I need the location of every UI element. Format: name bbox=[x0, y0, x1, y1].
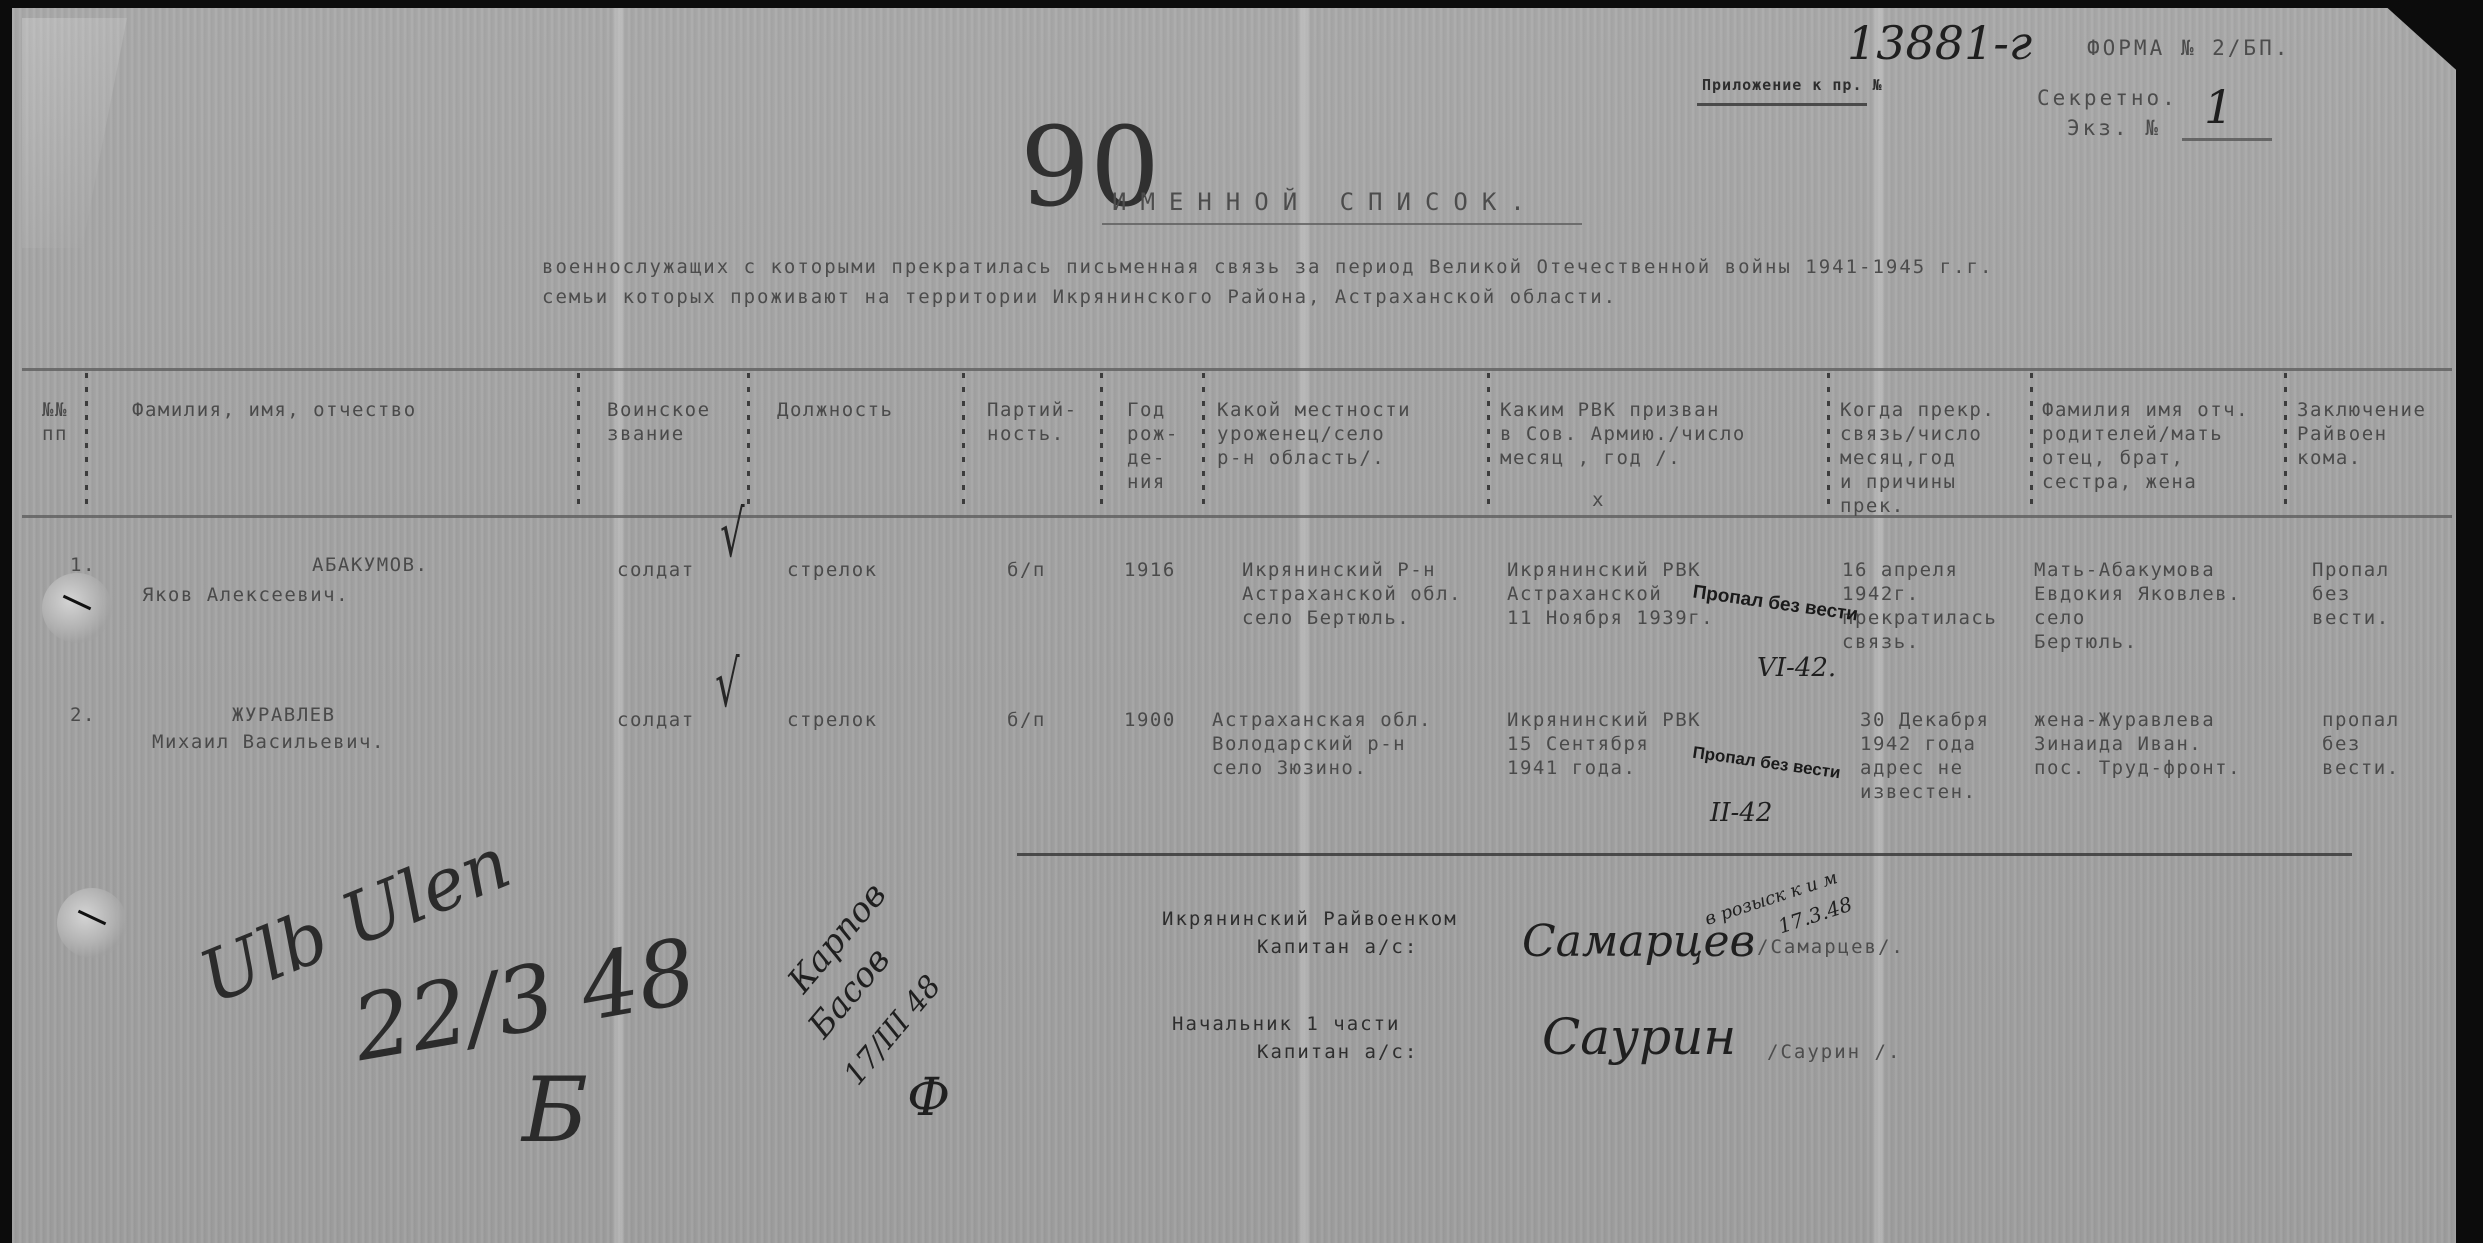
row-number: 1. bbox=[70, 553, 96, 577]
column-divider bbox=[1100, 373, 1103, 513]
column-header-birthplace: Какой местности уроженец/село р-н област… bbox=[1217, 398, 1411, 470]
subtitle-line-1: военнослужащих с которыми прекратилась п… bbox=[542, 256, 1993, 278]
handwritten-date-note: II-42 bbox=[1710, 798, 1772, 828]
row-party: б/п bbox=[1007, 558, 1046, 582]
row-contact-lost: 16 апреля 1942г. прекратилась связь. bbox=[1842, 558, 1997, 654]
column-divider bbox=[2030, 373, 2033, 513]
column-header-rank: Воинское звание bbox=[607, 398, 711, 446]
row-given-names: Яков Алексеевич. bbox=[142, 583, 349, 607]
dept-head-title: Начальник 1 части bbox=[1172, 1013, 1400, 1035]
column-divider bbox=[1487, 373, 1490, 513]
column-divider bbox=[962, 373, 965, 513]
column-header-party: Партий- ность. bbox=[987, 398, 1078, 446]
column-header-contact-lost: Когда прекр. связь/число месяц,год и при… bbox=[1840, 398, 1995, 518]
dept-head-rank: Капитан а/с: bbox=[1257, 1041, 1418, 1063]
missing-stamp: Пропал без вести bbox=[1691, 743, 1841, 784]
dept-head-signature: Саурин bbox=[1542, 1008, 1736, 1066]
punch-hole bbox=[42, 573, 112, 643]
paper-fold bbox=[22, 18, 172, 248]
column-divider bbox=[1827, 373, 1830, 513]
row-surname: АБАКУМОВ. bbox=[312, 553, 428, 577]
copy-number: 1 bbox=[2204, 80, 2233, 134]
checkmark-icon: √ bbox=[715, 648, 739, 722]
row-conclusion: Пропал без вести. bbox=[2312, 558, 2390, 630]
column-header-birth-year: Год рож- де- ния bbox=[1127, 398, 1179, 494]
copy-label: Экз. № bbox=[2067, 116, 2161, 140]
row-birthplace: Астраханская обл. Володарский р-н село З… bbox=[1212, 708, 1432, 780]
commissar-name: /Самарцев/. bbox=[1757, 936, 1905, 958]
column-header-conclusion: Заключение Райвоен кома. bbox=[2297, 398, 2426, 470]
subtitle-line-2: семьи которых проживают на территории Ик… bbox=[542, 286, 1617, 308]
column-divider bbox=[2284, 373, 2287, 513]
column-divider bbox=[1202, 373, 1205, 513]
column-divider bbox=[577, 373, 580, 513]
appendix-stamp: Приложение к пр. № bbox=[1702, 76, 1883, 94]
paper-crease bbox=[612, 8, 626, 1243]
row-surname: ЖУРАВЛЕВ bbox=[232, 703, 336, 727]
row-given-names: Михаил Васильевич. bbox=[152, 730, 385, 754]
row-birth-year: 1900 bbox=[1124, 708, 1176, 732]
row-rank: солдат bbox=[617, 708, 695, 732]
row-relatives: жена-Журавлева Зинаида Иван. пос. Труд-ф… bbox=[2034, 708, 2241, 780]
title-underline bbox=[1102, 223, 1582, 225]
column-header-full-name: Фамилия, имя, отчество bbox=[132, 398, 417, 422]
missing-stamp: Пропал без вести bbox=[1691, 582, 1859, 627]
row-relatives: Мать-Абакумова Евдокия Яковлев. село Бер… bbox=[2034, 558, 2241, 654]
document-title: ИМЕННОЙ СПИСОК. bbox=[1112, 188, 1539, 216]
copy-underline bbox=[2182, 138, 2272, 141]
column-divider bbox=[747, 373, 750, 513]
secret-label: Секретно. bbox=[2037, 86, 2178, 110]
row-birthplace: Икрянинский Р-н Астраханской обл. село Б… bbox=[1242, 558, 1462, 630]
document-page: 13881-г Приложение к пр. № ФОРМА № 2/БП.… bbox=[12, 8, 2456, 1243]
table-top-rule bbox=[22, 368, 2452, 371]
handwritten-date-note: VI-42. bbox=[1757, 653, 1836, 683]
archive-number: 13881-г bbox=[1847, 16, 2032, 70]
row-conclusion: пропал без вести. bbox=[2322, 708, 2400, 780]
row-drafted-by: Икрянинский РВК Астраханской 11 Ноября 1… bbox=[1507, 558, 1714, 630]
form-label: ФОРМА № 2/БП. bbox=[2087, 36, 2290, 60]
table-header-rule bbox=[22, 515, 2452, 518]
column-header-number: №№ пп bbox=[42, 398, 68, 446]
column-header-drafted-by: Каким РВК призван в Сов. Армию./число ме… bbox=[1500, 398, 1746, 470]
row-position: стрелок bbox=[787, 558, 878, 582]
appendix-underline bbox=[1697, 103, 1867, 106]
checkmark-icon: √ bbox=[720, 498, 744, 572]
commissar-rank: Капитан а/с: bbox=[1257, 936, 1418, 958]
table-bottom-rule bbox=[1017, 853, 2352, 856]
row-number: 2. bbox=[70, 703, 96, 727]
column-header-position: Должность bbox=[777, 398, 893, 422]
row-birth-year: 1916 bbox=[1124, 558, 1176, 582]
punch-hole bbox=[57, 888, 127, 958]
dept-head-name: /Саурин /. bbox=[1767, 1041, 1901, 1063]
row-position: стрелок bbox=[787, 708, 878, 732]
row-contact-lost: 30 Декабря 1942 года адрес не известен. bbox=[1860, 708, 1989, 804]
commissar-office: Икрянинский Райвоенком bbox=[1162, 908, 1458, 930]
row-party: б/п bbox=[1007, 708, 1046, 732]
row-rank: солдат bbox=[617, 558, 695, 582]
handwritten-initial-left: Б bbox=[522, 1058, 588, 1163]
column-header-relatives: Фамилия имя отч. родителей/мать отец, бр… bbox=[2042, 398, 2249, 494]
column-divider bbox=[85, 373, 88, 513]
column-note-mark: х bbox=[1592, 488, 1605, 512]
row-drafted-by: Икрянинский РВК 15 Сентября 1941 года. bbox=[1507, 708, 1701, 780]
handwritten-initial-center: Ф bbox=[907, 1068, 950, 1128]
